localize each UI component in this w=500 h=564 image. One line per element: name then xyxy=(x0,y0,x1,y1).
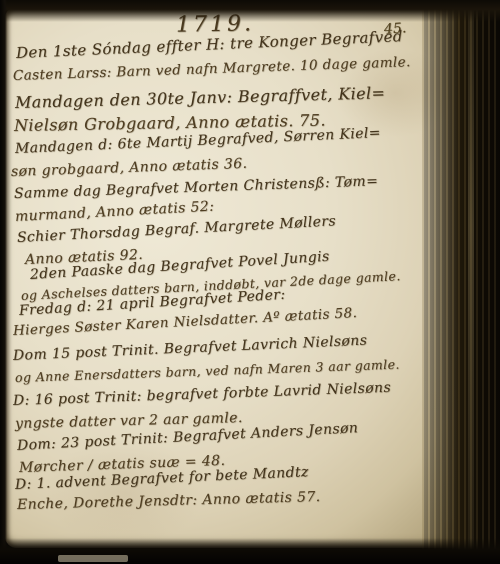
manuscript-line: søn grobgaard, Anno ætatis 36. xyxy=(11,156,248,180)
manuscript-line: D: 16 post Trinit: begrafvet forbte Lavr… xyxy=(13,380,392,409)
manuscript-photo: 1719. 45. Den 1ste Sóndag effter H: tre … xyxy=(0,0,500,564)
manuscript-line: Mandagen den 30te Janv: Begraffvet, Kiel… xyxy=(15,83,386,112)
manuscript-line: Enche, Dorethe Jensdtr: Anno ætatis 57. xyxy=(17,489,321,513)
book-edge-highlight xyxy=(58,555,128,562)
book-edge-left xyxy=(0,0,7,564)
book-edge-top xyxy=(0,0,500,22)
book-page-edge-highlight xyxy=(468,0,474,564)
book-page-edges xyxy=(422,0,500,564)
